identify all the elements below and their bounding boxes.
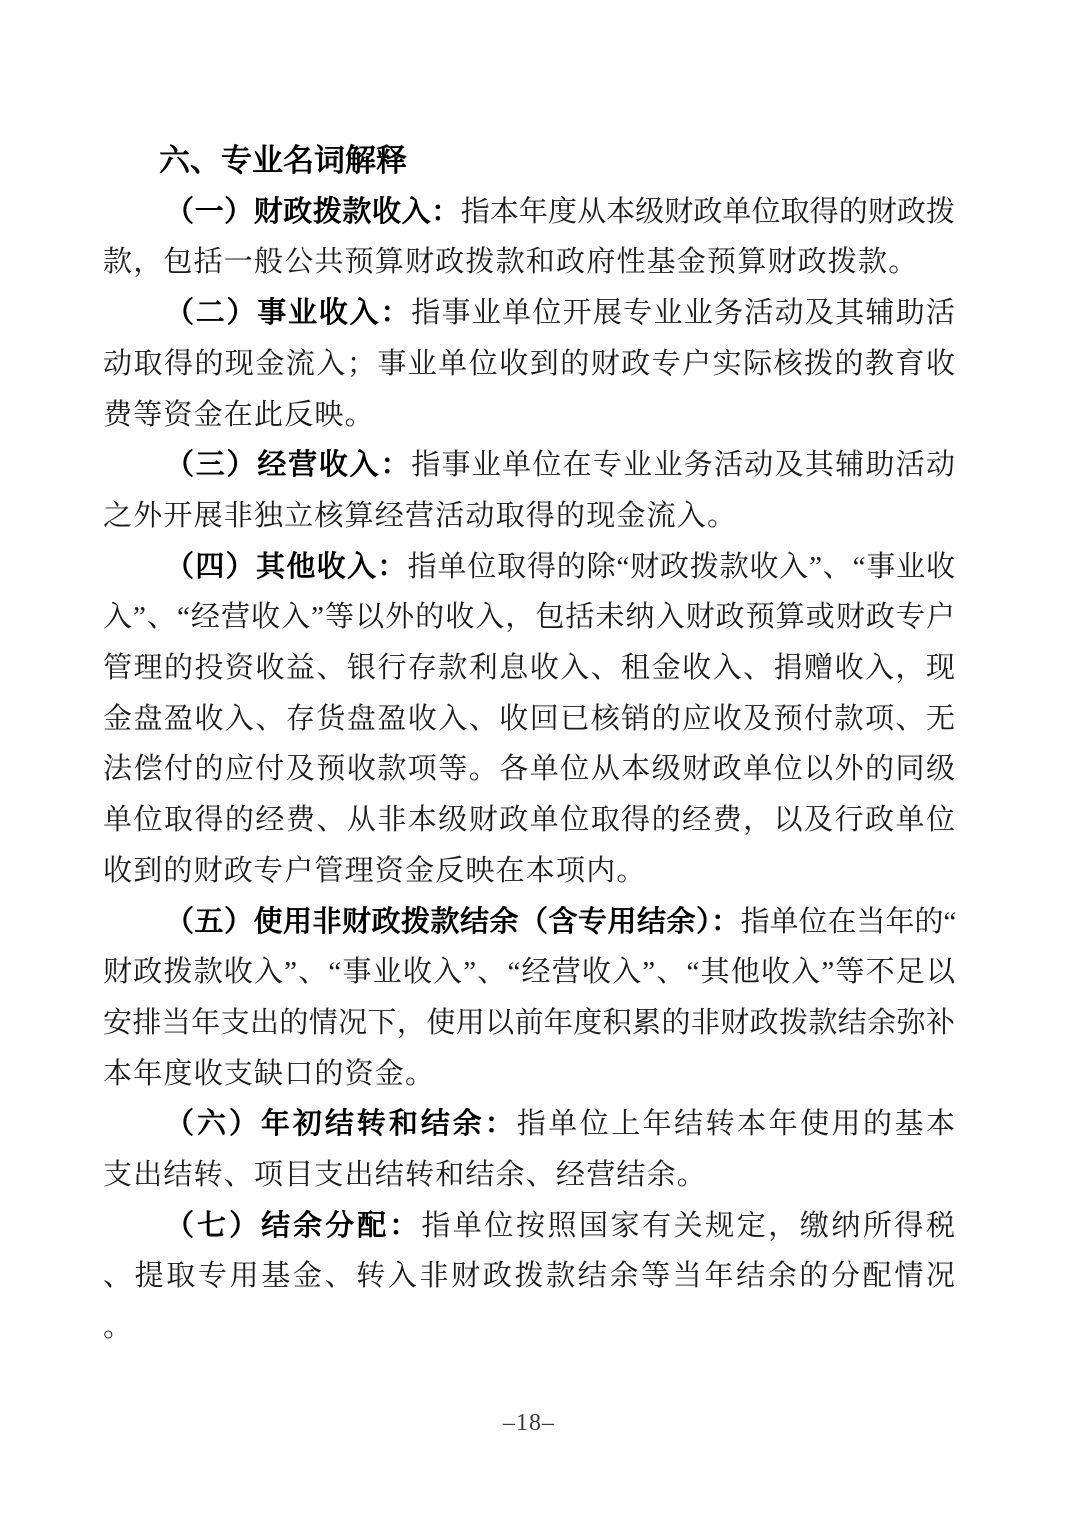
document-body: 六、专业名词解释 （一）财政拨款收入：指本年度从本级财政单位取得的财政拨款，包括…	[103, 136, 955, 1353]
text-line: 本年度收支缺口的资金。	[103, 1049, 955, 1100]
text-line: （一）财政拨款收入：指本年度从本级财政单位取得的财政拨	[103, 187, 955, 238]
glossary-section: （四）其他收入：指单位取得的除“财政拨款收入”、“事业收入”、“经营收入”等以外…	[103, 542, 955, 897]
glossary-section: （七）结余分配：指单位按照国家有关规定，缴纳所得税、提取专用基金、转入非财政拨款…	[103, 1201, 955, 1353]
text-line: （二）事业收入：指事业单位开展专业业务活动及其辅助活	[103, 288, 955, 339]
text-line: （五）使用非财政拨款结余（含专用结余）：指单位在当年的“	[103, 897, 955, 948]
page-number: –18–	[0, 1408, 1058, 1438]
glossary-section: （一）财政拨款收入：指本年度从本级财政单位取得的财政拨款，包括一般公共预算财政拨…	[103, 187, 955, 288]
glossary-section: （二）事业收入：指事业单位开展专业业务活动及其辅助活动取得的现金流入；事业单位收…	[103, 288, 955, 440]
text-line: 。	[103, 1302, 955, 1353]
text-line: 金盘盈收入、存货盘盈收入、收回已核销的应收及预付款项、无	[103, 694, 955, 745]
term-label: （二）事业收入：	[165, 297, 411, 329]
text-line: 法偿付的应付及预收款项等。各单位从本级财政单位以外的同级	[103, 744, 955, 795]
term-label: （六）年初结转和结余：	[165, 1108, 517, 1140]
text-line: 管理的投资收益、银行存款利息收入、租金收入、捐赠收入，现	[103, 643, 955, 694]
term-label: （七）结余分配：	[165, 1210, 421, 1242]
text-line: （七）结余分配：指单位按照国家有关规定，缴纳所得税	[103, 1201, 955, 1252]
document-page: 六、专业名词解释 （一）财政拨款收入：指本年度从本级财政单位取得的财政拨款，包括…	[0, 0, 1075, 1520]
glossary-section: （六）年初结转和结余：指单位上年结转本年使用的基本支出结转、项目支出结转和结余、…	[103, 1099, 955, 1200]
term-label: （三）经营收入：	[165, 449, 411, 481]
glossary-section: （五）使用非财政拨款结余（含专用结余）：指单位在当年的“财政拨款收入”、“事业收…	[103, 897, 955, 1100]
text-line: （三）经营收入：指事业单位在专业业务活动及其辅助活动	[103, 440, 955, 491]
term-label: （五）使用非财政拨款结余（含专用结余）：	[165, 906, 741, 938]
section-heading: 六、专业名词解释	[103, 136, 955, 187]
text-line: 动取得的现金流入；事业单位收到的财政专户实际核拨的教育收	[103, 339, 955, 390]
term-label: （四）其他收入：	[165, 551, 408, 583]
text-line: 财政拨款收入”、“事业收入”、“经营收入”、“其他收入”等不足以	[103, 947, 955, 998]
text-line: 支出结转、项目支出结转和结余、经营结余。	[103, 1150, 955, 1201]
text-line: （六）年初结转和结余：指单位上年结转本年使用的基本	[103, 1099, 955, 1150]
glossary-section: （三）经营收入：指事业单位在专业业务活动及其辅助活动之外开展非独立核算经营活动取…	[103, 440, 955, 541]
text-line: （四）其他收入：指单位取得的除“财政拨款收入”、“事业收	[103, 542, 955, 593]
term-label: （一）财政拨款收入：	[165, 196, 461, 228]
text-line: 费等资金在此反映。	[103, 390, 955, 441]
text-line: 入”、“经营收入”等以外的收入，包括未纳入财政预算或财政专户	[103, 592, 955, 643]
text-line: 安排当年支出的情况下，使用以前年度积累的非财政拨款结余弥补	[103, 998, 955, 1049]
text-line: 之外开展非独立核算经营活动取得的现金流入。	[103, 491, 955, 542]
text-line: 收到的财政专户管理资金反映在本项内。	[103, 846, 955, 897]
text-line: 、提取专用基金、转入非财政拨款结余等当年结余的分配情况	[103, 1251, 955, 1302]
text-line: 单位取得的经费、从非本级财政单位取得的经费，以及行政单位	[103, 795, 955, 846]
text-line: 款，包括一般公共预算财政拨款和政府性基金预算财政拨款。	[103, 237, 955, 288]
glossary-list: （一）财政拨款收入：指本年度从本级财政单位取得的财政拨款，包括一般公共预算财政拨…	[103, 187, 955, 1353]
